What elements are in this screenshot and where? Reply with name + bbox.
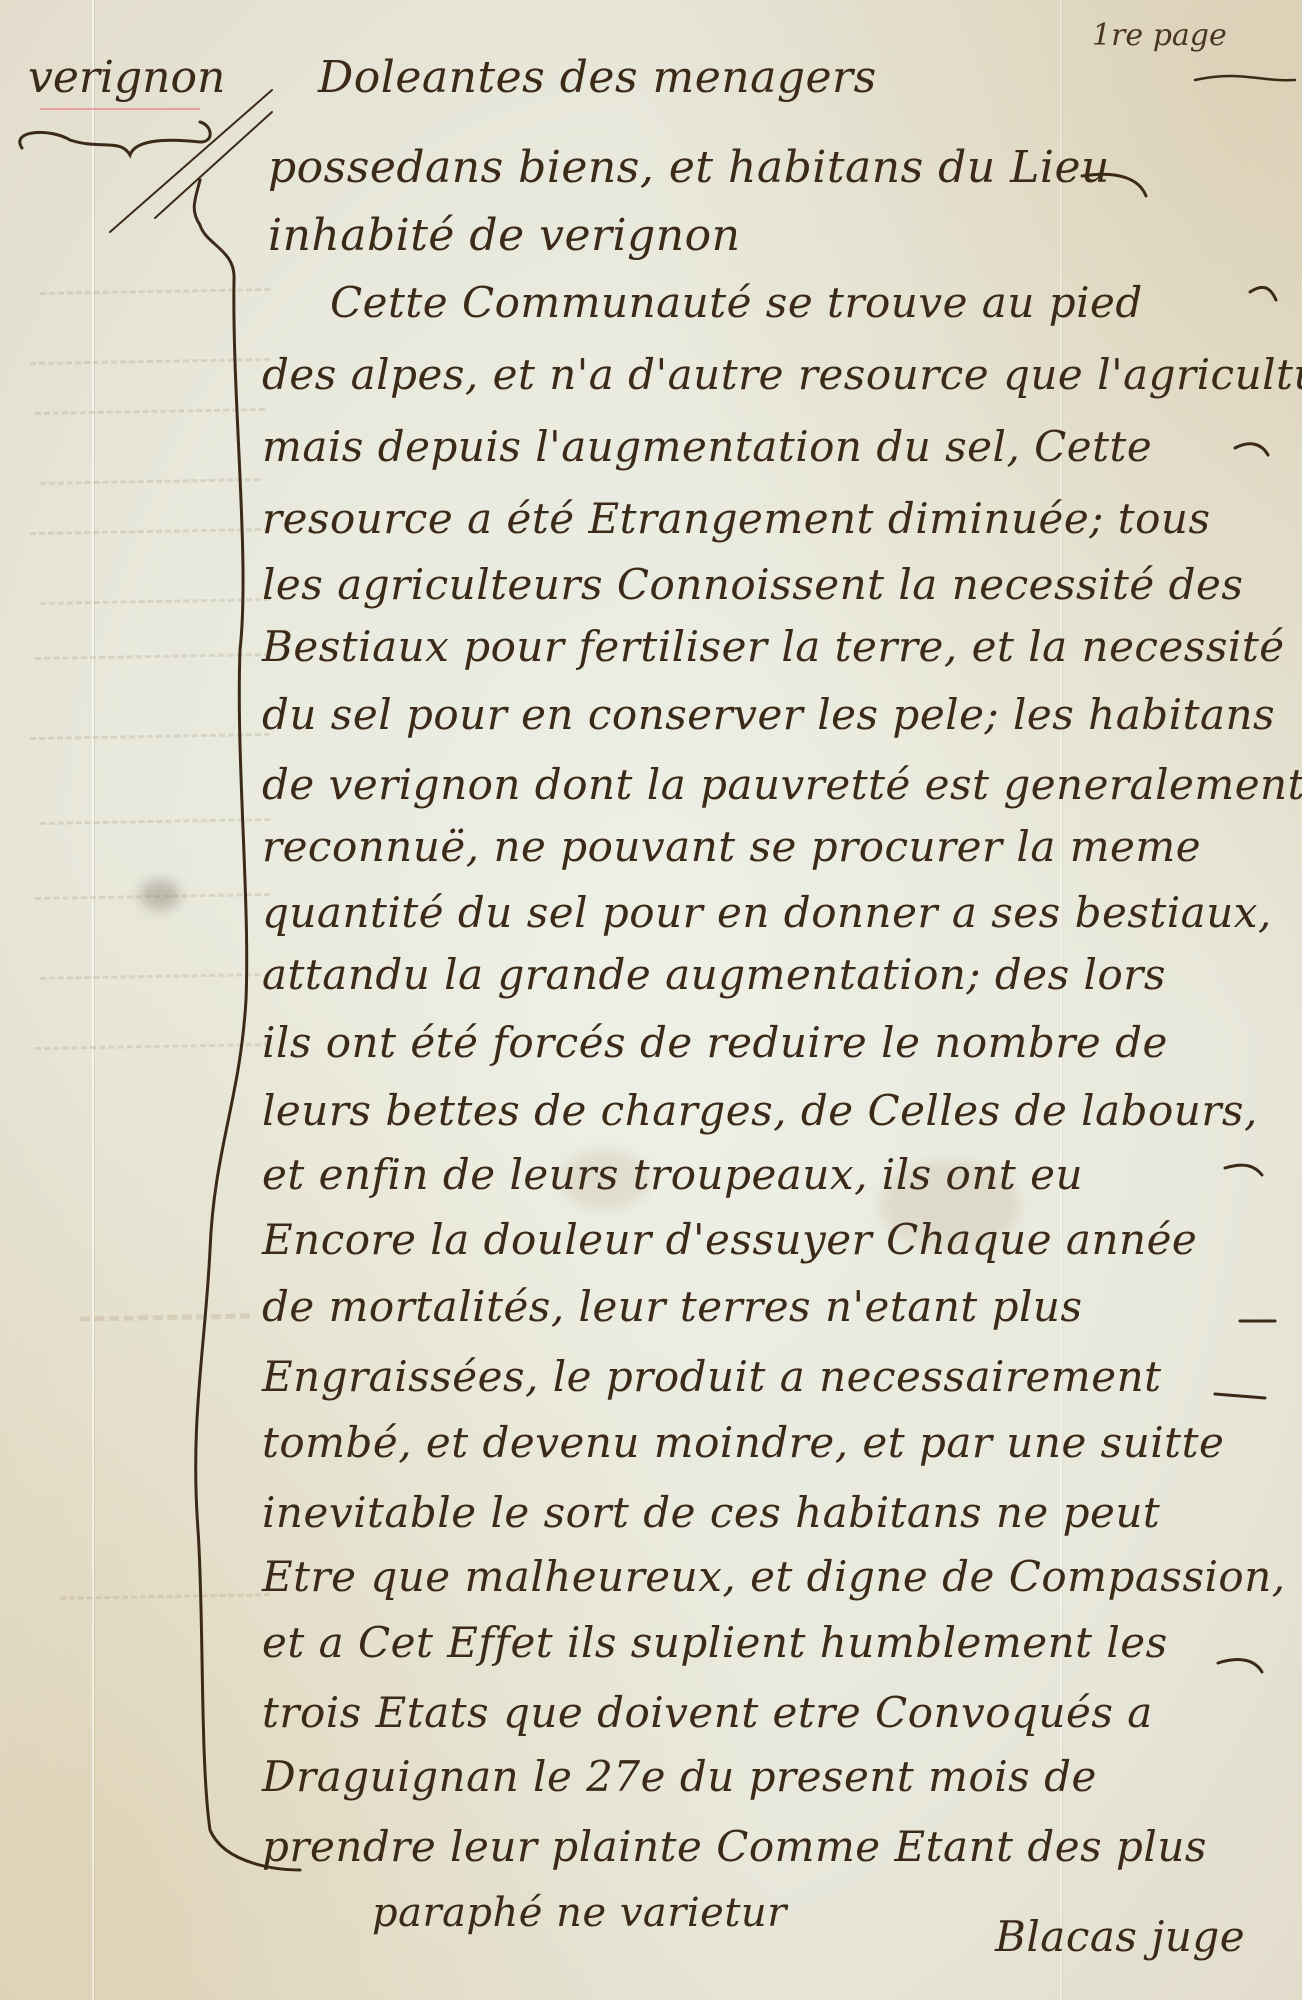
line-end-dash: [1225, 1165, 1262, 1175]
body-line: de verignon dont la pauvretté est genera…: [262, 760, 1302, 809]
body-line: Cette Communauté se trouve au pied: [330, 278, 1143, 327]
body-line: et a Cet Effet ils suplient humblement l…: [262, 1618, 1168, 1667]
body-line: Engraissées, le produit a necessairement: [262, 1352, 1162, 1401]
heading-line-3: inhabité de verignon: [268, 210, 740, 261]
body-line: et enfin de leurs troupeaux, ils ont eu: [262, 1150, 1083, 1199]
body-line: inevitable le sort de ces habitans ne pe…: [262, 1488, 1160, 1537]
body-line: leurs bettes de charges, de Celles de la…: [262, 1086, 1258, 1135]
line-end-dash: [1218, 1660, 1262, 1672]
line-end-dash: [1250, 287, 1276, 300]
body-line: tombé, et devenu moindre, et par une sui…: [262, 1418, 1224, 1467]
body-line: du sel pour en conserver les pele; les h…: [262, 690, 1275, 739]
body-line: des alpes, et n'a d'autre resource que l…: [262, 350, 1302, 399]
line-end-dash: [1235, 444, 1268, 455]
manuscript-page: verignon 1re page Doleantes des menagers…: [0, 0, 1302, 2000]
body-line: reconnuë, ne pouvant se procurer la meme: [262, 822, 1201, 871]
body-line: Draguignan le 27e du present mois de: [262, 1752, 1097, 1801]
flourish-icon: [20, 122, 210, 155]
body-line: de mortalités, leur terres n'etant plus: [262, 1282, 1083, 1331]
body-line: prendre leur plainte Comme Etant des plu…: [262, 1822, 1207, 1871]
diagonal-stroke: [110, 90, 272, 232]
body-line: les agriculteurs Connoissent la necessit…: [262, 560, 1243, 609]
heading-line-1: Doleantes des menagers: [318, 52, 877, 103]
body-line: Encore la douleur d'essuyer Chaque année: [262, 1215, 1197, 1264]
attestation-note: paraphé ne varietur: [372, 1890, 787, 1936]
body-line: quantité du sel pour en donner a ses bes…: [262, 888, 1272, 937]
body-line: attandu la grande augmentation; des lors: [262, 950, 1166, 999]
body-line: mais depuis l'augmentation du sel, Cette: [262, 422, 1152, 471]
heading-line-2: possedans biens, et habitans du Lieu: [268, 142, 1110, 193]
body-line: Etre que malheureux, et digne de Compass…: [262, 1552, 1286, 1601]
diagonal-stroke: [155, 112, 272, 218]
body-line: ils ont été forcés de reduire le nombre …: [262, 1018, 1168, 1067]
line-end-dash: [1195, 76, 1295, 80]
signature: Blacas juge: [995, 1912, 1245, 1961]
line-end-dash: [1215, 1394, 1265, 1398]
body-line: trois Etats que doivent etre Convoqués a: [262, 1688, 1153, 1737]
body-line: resource a été Etrangement diminuée; tou…: [262, 494, 1211, 543]
body-line: Bestiaux pour fertiliser la terre, et la…: [262, 622, 1285, 671]
